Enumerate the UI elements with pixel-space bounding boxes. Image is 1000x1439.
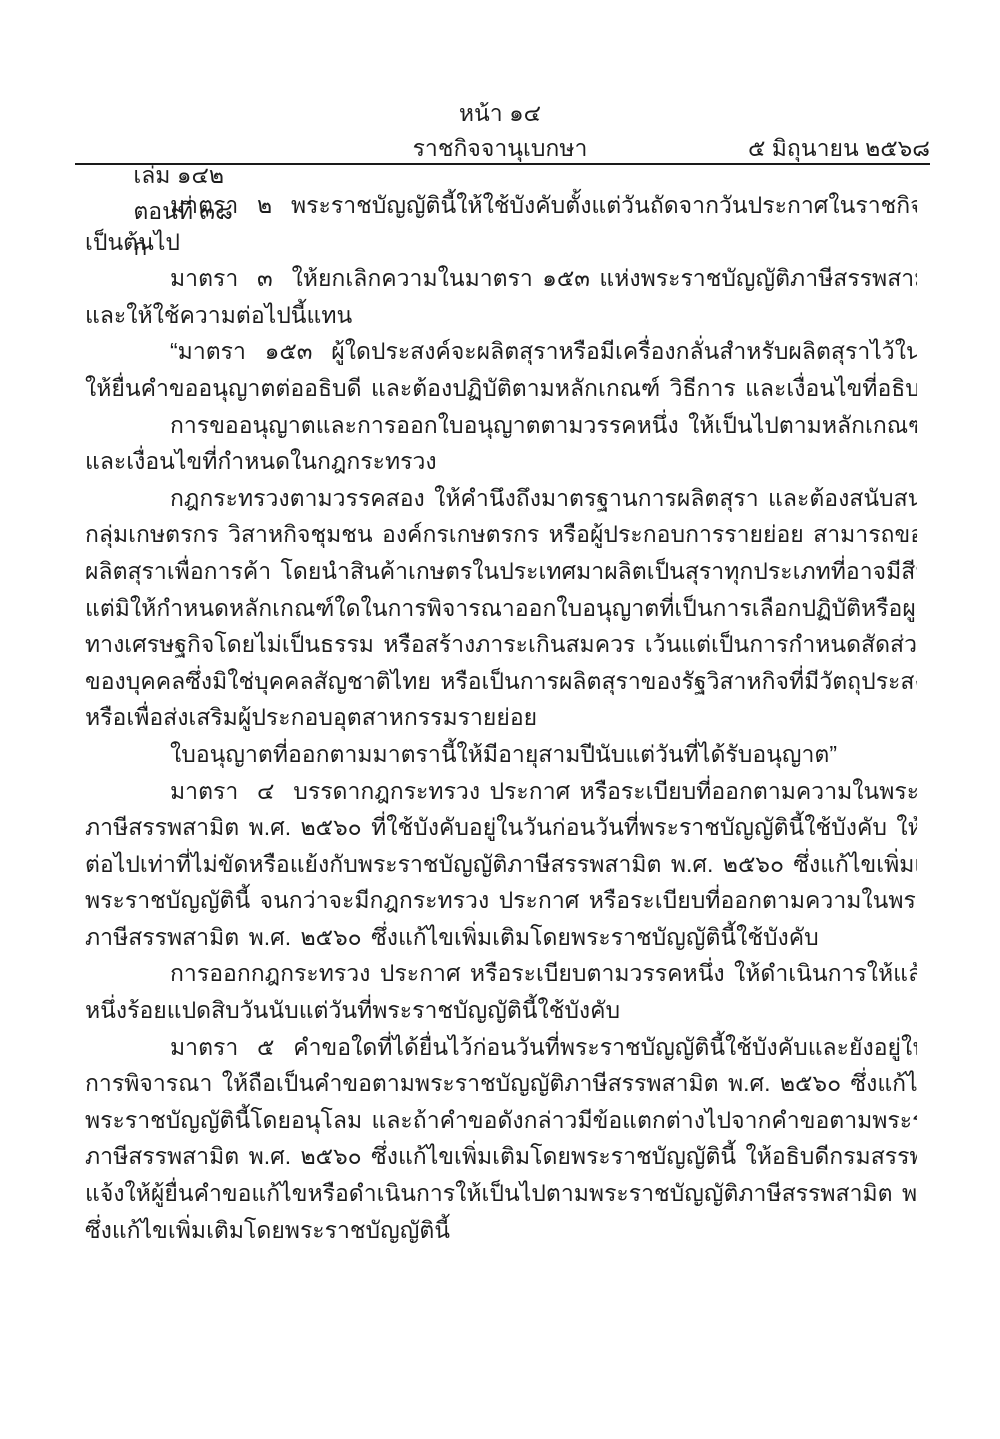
text-line: ต่อไปเท่าที่ไม่ขัดหรือแย้งกับพระราชบัญญั…: [85, 846, 917, 883]
text-line: กลุ่มเกษตรกร วิสาหกิจชุมชน องค์กรเกษตรกร…: [85, 516, 917, 553]
text-line: พระราชบัญญัตินี้ จนกว่าจะมีกฎกระทรวง ประ…: [85, 882, 917, 919]
header-divider: [75, 163, 930, 165]
paragraph: มาตรา ๕ คำขอใดที่ได้ยื่นไว้ก่อนวันที่พระ…: [85, 1029, 917, 1249]
paragraph: การขออนุญาตและการออกใบอนุญาตตามวรรคหนึ่ง…: [85, 407, 917, 480]
text-line: ซึ่งแก้ไขเพิ่มเติมโดยพระราชบัญญัตินี้: [85, 1212, 917, 1249]
text-line: ภาษีสรรพสามิต พ.ศ. ๒๕๖๐ ที่ใช้บังคับอยู่…: [85, 809, 917, 846]
text-line: การขออนุญาตและการออกใบอนุญาตตามวรรคหนึ่ง…: [85, 407, 917, 444]
text-line: ใบอนุญาตที่ออกตามมาตรานี้ให้มีอายุสามปีน…: [85, 736, 917, 773]
document-body: มาตรา ๒ พระราชบัญญัตินี้ให้ใช้บังคับตั้ง…: [85, 187, 917, 1248]
text-line: การออกกฎกระทรวง ประกาศ หรือระเบียบตามวรร…: [85, 955, 917, 992]
text-line: และเงื่อนไขที่กำหนดในกฎกระทรวง: [85, 443, 917, 480]
text-line: และให้ใช้ความต่อไปนี้แทน: [85, 297, 917, 334]
text-line: มาตรา ๕ คำขอใดที่ได้ยื่นไว้ก่อนวันที่พระ…: [85, 1029, 917, 1066]
page-number-label: หน้า ๑๔: [0, 96, 1000, 132]
paragraph: มาตรา ๔ บรรดากฎกระทรวง ประกาศ หรือระเบีย…: [85, 773, 917, 956]
text-line: การพิจารณา ให้ถือเป็นคำขอตามพระราชบัญญัต…: [85, 1065, 917, 1102]
text-line: กฎกระทรวงตามวรรคสอง ให้คำนึงถึงมาตรฐานกา…: [85, 480, 917, 517]
text-line: มาตรา ๒ พระราชบัญญัตินี้ให้ใช้บังคับตั้ง…: [85, 187, 917, 224]
text-line: ผลิตสุราเพื่อการค้า โดยนำสินค้าเกษตรในปร…: [85, 553, 917, 590]
publication-date: ๕ มิถุนายน ๒๕๖๘: [748, 131, 930, 167]
text-line: มาตรา ๔ บรรดากฎกระทรวง ประกาศ หรือระเบีย…: [85, 773, 917, 810]
text-line: ให้ยื่นคำขออนุญาตต่ออธิบดี และต้องปฏิบัต…: [85, 370, 917, 407]
text-line: หรือเพื่อส่งเสริมผู้ประกอบอุตสาหกรรมรายย…: [85, 699, 917, 736]
gazette-header: เล่ม ๑๔๒ ตอนที่ ๓๘ ก ราชกิจจานุเบกษา ๕ ม…: [0, 131, 1000, 163]
text-line: หนึ่งร้อยแปดสิบวันนับแต่วันที่พระราชบัญญ…: [85, 992, 917, 1029]
paragraph: การออกกฎกระทรวง ประกาศ หรือระเบียบตามวรร…: [85, 955, 917, 1028]
paragraph: มาตรา ๓ ให้ยกเลิกความในมาตรา ๑๕๓ แห่งพระ…: [85, 260, 917, 333]
text-line: ของบุคคลซึ่งมิใช่บุคคลสัญชาติไทย หรือเป็…: [85, 663, 917, 700]
text-line: มาตรา ๓ ให้ยกเลิกความในมาตรา ๑๕๓ แห่งพระ…: [85, 260, 917, 297]
text-line: ภาษีสรรพสามิต พ.ศ. ๒๕๖๐ ซึ่งแก้ไขเพิ่มเต…: [85, 1138, 917, 1175]
text-line: ภาษีสรรพสามิต พ.ศ. ๒๕๖๐ ซึ่งแก้ไขเพิ่มเต…: [85, 919, 917, 956]
paragraph: มาตรา ๒ พระราชบัญญัตินี้ให้ใช้บังคับตั้ง…: [85, 187, 917, 260]
gazette-document-page: หน้า ๑๔ เล่ม ๑๔๒ ตอนที่ ๓๘ ก ราชกิจจานุเ…: [0, 0, 1000, 1439]
text-line: เป็นต้นไป: [85, 224, 917, 261]
paragraph: “มาตรา ๑๕๓ ผู้ใดประสงค์จะผลิตสุราหรือมีเ…: [85, 333, 917, 406]
text-line: “มาตรา ๑๕๓ ผู้ใดประสงค์จะผลิตสุราหรือมีเ…: [85, 333, 917, 370]
text-line: พระราชบัญญัตินี้โดยอนุโลม และถ้าคำขอดังก…: [85, 1102, 917, 1139]
text-line: ทางเศรษฐกิจโดยไม่เป็นธรรม หรือสร้างภาระเ…: [85, 626, 917, 663]
paragraph: กฎกระทรวงตามวรรคสอง ให้คำนึงถึงมาตรฐานกา…: [85, 480, 917, 736]
text-line: แจ้งให้ผู้ยื่นคำขอแก้ไขหรือดำเนินการให้เ…: [85, 1175, 917, 1212]
paragraph: ใบอนุญาตที่ออกตามมาตรานี้ให้มีอายุสามปีน…: [85, 736, 917, 773]
text-line: แต่มิให้กำหนดหลักเกณฑ์ใดในการพิจารณาออกใ…: [85, 590, 917, 627]
